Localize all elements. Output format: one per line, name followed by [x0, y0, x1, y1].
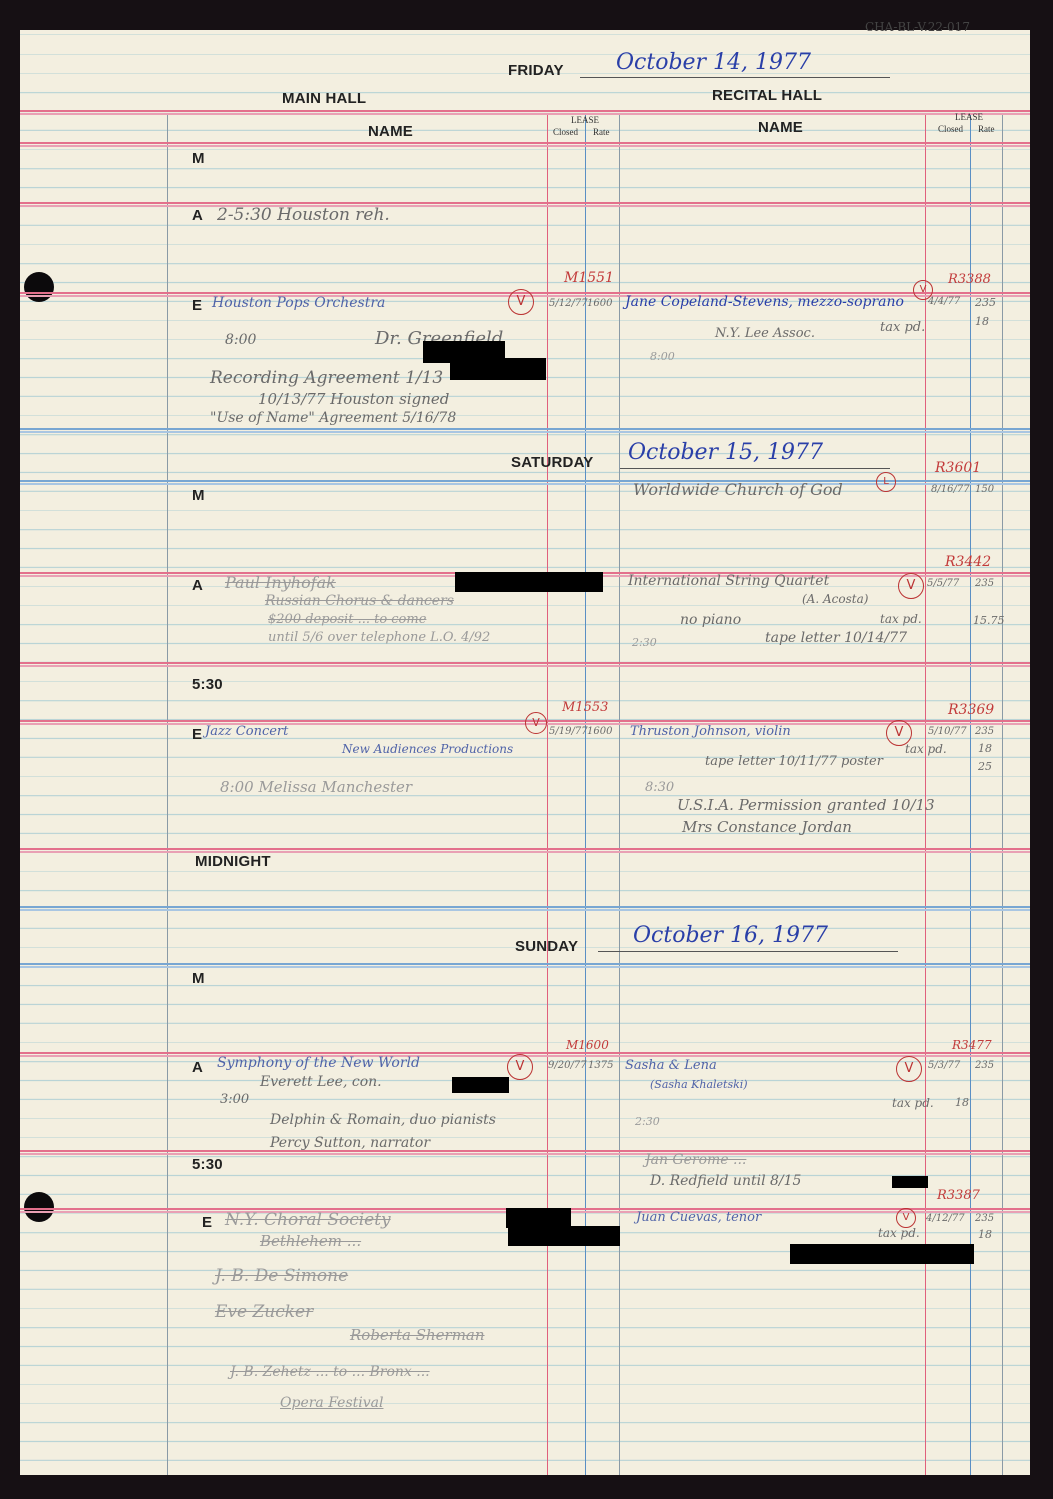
sun-recital-afternoon-time: 2:30 [635, 1115, 660, 1128]
sun-recital-evening-title: Juan Cuevas, tenor [636, 1210, 761, 1225]
sat-recital-afternoon-letter: tape letter 10/14/77 [765, 630, 907, 646]
time-e-sun: E [202, 1214, 212, 1231]
ledger-page: CHA-BL-V.22-017 FRIDAY October 14, 1977 … [20, 30, 1030, 1475]
sun-recital-afternoon-tax-amount: 18 [955, 1096, 969, 1109]
main-rate-header: Rate [593, 127, 610, 137]
time-a-fri: A [192, 207, 203, 224]
weekday-friday: FRIDAY [508, 62, 564, 79]
sat-recital-evening-contract: R3369 [948, 702, 994, 718]
fri-recital-tax: 18 [975, 315, 989, 328]
rule-left-margin [167, 115, 168, 1475]
sun-main-evening-struck: Bethlehem ... [260, 1232, 361, 1250]
sun-recital-afternoon-contract: R3477 [952, 1038, 992, 1052]
binder-hole-bottom [24, 1192, 54, 1222]
sat-recital-afternoon-tax: tax pd. [880, 612, 922, 626]
time-e-fri: E [192, 297, 202, 314]
sun-main-afternoon-title: Symphony of the New World [217, 1055, 420, 1071]
rule-start-sun [20, 963, 1030, 965]
sun-recital-evening-closed: 4/12/77 [926, 1213, 965, 1224]
date-underline [620, 468, 890, 469]
date-underline [598, 951, 898, 952]
sun-main-afternoon-conductor: Everett Lee, con. [260, 1074, 382, 1090]
sun-main-afternoon-time: 3:00 [220, 1092, 249, 1107]
checkmark-circle-icon: V [896, 1056, 922, 1082]
time-a-sat: A [192, 577, 203, 594]
date-sunday: October 16, 1977 [633, 923, 828, 948]
sun-recital-evening-tax: tax pd. [878, 1226, 920, 1240]
sat-main-evening-title: Jazz Concert [205, 724, 288, 739]
fri-recital-rate: 235 [975, 296, 996, 309]
sun-recital-evening-contract: R3387 [937, 1188, 980, 1203]
time-530-sun: 5:30 [192, 1156, 223, 1173]
sat-recital-afternoon-contact: (A. Acosta) [802, 592, 868, 606]
sat-recital-afternoon-time: 2:30 [632, 636, 657, 649]
rule-recital-rate-right [1002, 115, 1003, 1475]
rule-end-fri [20, 428, 1030, 430]
sat-recital-evening-closed: 5/10/77 [928, 726, 967, 737]
fri-main-closed: 5/12/77 [549, 298, 588, 309]
time-530-sat: 5:30 [192, 676, 223, 693]
rule-main-rate-right [619, 115, 620, 1475]
fri-main-evening-note2: 10/13/77 Houston signed [258, 390, 449, 408]
checkmark-circle-icon: V [525, 712, 547, 734]
sat-recital-evening-tax-amount: 18 [978, 742, 992, 755]
main-hall-header: MAIN HALL [282, 90, 366, 107]
sun-recital-afternoon-rate: 235 [975, 1060, 994, 1071]
time-m-fri: M [192, 150, 205, 167]
sun-main-contract: M1600 [566, 1038, 609, 1052]
sat-recital-morning-contract: R3601 [935, 460, 981, 476]
sun-main-rate: 1375 [588, 1060, 613, 1071]
checkmark-circle-icon: V [508, 289, 534, 315]
recital-hall-header: RECITAL HALL [712, 87, 822, 104]
sun-main-evening-struck: Eve Zucker [215, 1302, 313, 1322]
main-name-header: NAME [368, 123, 413, 140]
sat-main-closed: 5/19/77 [549, 726, 588, 737]
fri-main-rate: 1600 [587, 298, 612, 309]
redaction [892, 1176, 928, 1188]
sat-recital-evening-letter: tape letter 10/11/77 poster [705, 754, 883, 769]
fri-recital-evening-title: Jane Copeland-Stevens, mezzo-soprano [625, 294, 904, 310]
date-friday: October 14, 1977 [616, 50, 811, 75]
redaction [790, 1244, 974, 1264]
fri-recital-evening-time: 8:00 [650, 350, 675, 363]
header-top-rule [20, 110, 1030, 112]
redaction [508, 1226, 620, 1246]
sat-recital-morning-rate: 150 [975, 484, 994, 495]
checkmark-circle-icon: V [886, 720, 912, 746]
sat-main-afternoon-struck: $200 deposit ... to come [268, 612, 426, 627]
redaction [506, 1208, 571, 1228]
sat-recital-afternoon-contract: R3442 [945, 554, 991, 570]
fri-main-evening-note3: "Use of Name" Agreement 5/16/78 [210, 410, 456, 426]
rule-recital-rate-left [970, 115, 971, 1475]
reference-code: CHA-BL-V.22-017 [865, 20, 970, 34]
recital-name-header: NAME [758, 119, 803, 136]
time-midnight-sat: MIDNIGHT [195, 853, 271, 870]
sun-main-evening-note: Opera Festival [280, 1395, 383, 1411]
rule-afternoon-fri [20, 202, 1030, 204]
weekday-saturday: SATURDAY [511, 454, 593, 471]
main-closed-header: Closed [553, 127, 578, 137]
sat-recital-afternoon-rate: 235 [975, 578, 994, 589]
fri-main-contract: M1551 [564, 270, 614, 286]
fri-recital-contract: R3388 [948, 272, 991, 287]
rule-530-sun [20, 1150, 1030, 1152]
recital-closed-header: Closed [938, 124, 963, 134]
sat-recital-evening-rate: 235 [975, 726, 994, 737]
sun-recital-afternoon-closed: 5/3/77 [928, 1060, 960, 1071]
sat-recital-afternoon-note: no piano [680, 612, 741, 628]
fri-main-afternoon: 2-5:30 Houston reh. [217, 205, 390, 225]
sat-recital-afternoon-tax-amount: 15.75 [973, 614, 1005, 627]
time-m-sun: M [192, 970, 205, 987]
time-m-sat: M [192, 487, 205, 504]
rule-midnight-sat [20, 848, 1030, 850]
fri-main-evening-title: Houston Pops Orchestra [212, 295, 385, 311]
rule-recital-closed-left [925, 115, 926, 1475]
sun-main-afternoon-pianists: Delphin & Romain, duo pianists [270, 1112, 496, 1128]
sun-recital-evening-rate: 235 [975, 1213, 994, 1224]
sat-recital-evening-title: Thruston Johnson, violin [630, 724, 791, 739]
sun-recital-530-hold: D. Redfield until 8/15 [650, 1173, 801, 1189]
sat-main-contract: M1553 [562, 700, 608, 715]
sun-recital-afternoon-title: Sasha & Lena [625, 1058, 717, 1073]
sun-main-evening-struck: J. B. Zehetz ... to ... Bronx ... [230, 1364, 430, 1380]
recital-lease-header: LEASE [955, 112, 983, 122]
redaction [455, 572, 603, 592]
sat-main-rate: 1600 [587, 726, 612, 737]
sat-recital-afternoon-title: International String Quartet [628, 573, 829, 589]
time-a-sun: A [192, 1059, 203, 1076]
sat-recital-evening-permission: U.S.I.A. Permission granted 10/13 [677, 796, 935, 814]
checkmark-circle-icon: V [507, 1054, 533, 1080]
sun-main-evening-struck: J. B. De Simone [215, 1266, 348, 1286]
sun-recital-530-struck: Jan Gerome ... [645, 1152, 746, 1168]
rule-main-rate-left [585, 115, 586, 1475]
sat-recital-evening-contact: Mrs Constance Jordan [682, 818, 852, 836]
checkmark-circle-icon: V [896, 1208, 916, 1228]
date-saturday: October 15, 1977 [628, 440, 823, 465]
sat-recital-evening-fee: 25 [978, 760, 992, 773]
weekday-sunday: SUNDAY [515, 938, 578, 955]
sun-main-evening-struck: Roberta Sherman [350, 1326, 485, 1344]
sat-main-evening-producer: New Audiences Productions [342, 742, 513, 756]
sat-main-afternoon-struck: Russian Chorus & dancers [265, 593, 454, 609]
sun-recital-evening-tax-amount: 18 [978, 1228, 992, 1241]
header-bottom-rule [20, 142, 1030, 144]
rule-afternoon-sun [20, 1052, 1030, 1054]
binder-hole-top [24, 272, 54, 302]
sat-recital-morning-title: Worldwide Church of God [633, 480, 843, 499]
date-underline [580, 77, 890, 78]
sat-main-evening-artist: 8:00 Melissa Manchester [220, 778, 412, 796]
fri-main-evening-time: 8:00 [225, 332, 256, 348]
sun-main-closed: 9/20/77 [548, 1060, 587, 1071]
fri-main-evening-note1: Recording Agreement 1/13 [210, 368, 443, 388]
sat-main-afternoon-struck: until 5/6 over telephone L.O. 4/92 [268, 630, 490, 645]
redaction [450, 358, 546, 380]
fri-recital-closed: 4/4/77 [928, 296, 960, 307]
rule-main-closed-left [547, 115, 548, 1475]
sat-recital-evening-time: 8:30 [645, 780, 674, 795]
recital-rate-header: Rate [978, 124, 995, 134]
sun-recital-afternoon-tax: tax pd. [892, 1096, 934, 1110]
sun-main-evening-struck: N.Y. Choral Society [225, 1210, 391, 1230]
time-e-sat: E [192, 726, 202, 743]
checkmark-circle-icon: V [898, 573, 924, 599]
rule-530-sat [20, 662, 1030, 664]
sat-recital-evening-tax: tax pd. [905, 742, 947, 756]
sat-recital-afternoon-closed: 5/5/77 [927, 578, 959, 589]
sun-recital-afternoon-contact: (Sasha Khaletski) [650, 1078, 748, 1091]
checkmark-circle-icon: L [876, 472, 896, 492]
fri-recital-evening-agent: N.Y. Lee Assoc. [715, 326, 815, 341]
redaction [452, 1077, 509, 1093]
fri-recital-evening-tax: tax pd. [880, 320, 925, 335]
sat-recital-morning-closed: 8/16/77 [931, 484, 970, 495]
sun-main-afternoon-narrator: Percy Sutton, narrator [270, 1135, 430, 1151]
sat-main-afternoon-struck: Paul Inyhofak [225, 573, 336, 592]
main-lease-header: LEASE [571, 115, 599, 125]
rule-end-sat [20, 906, 1030, 908]
